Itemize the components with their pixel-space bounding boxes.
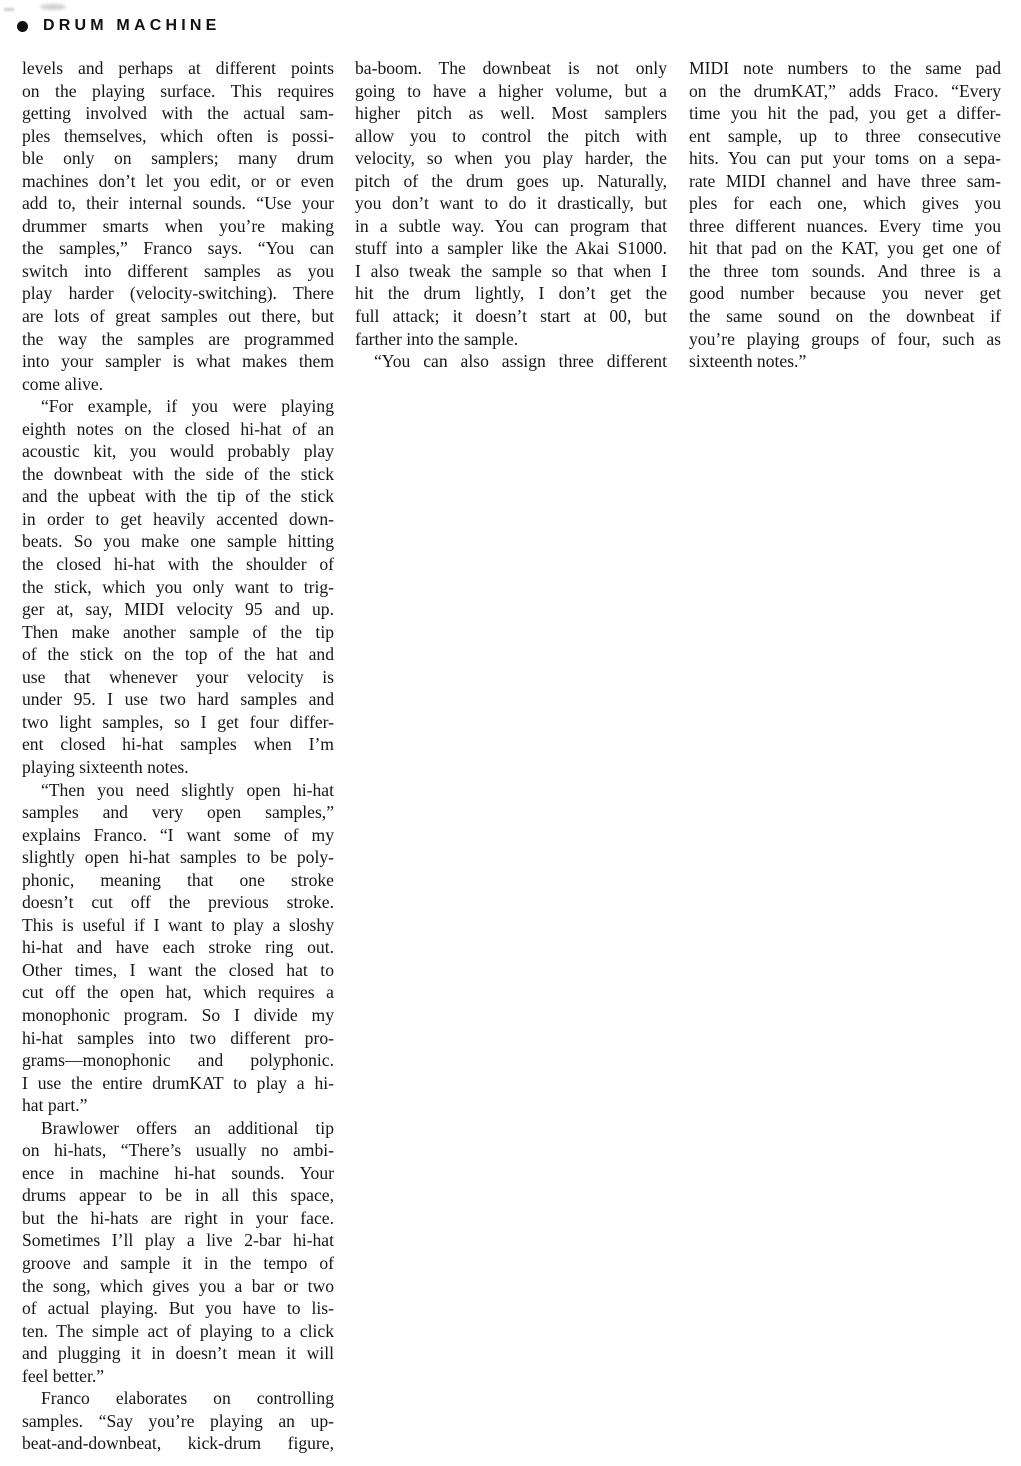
text-line: in order to get heavily accented down- — [22, 508, 334, 531]
text-line: stuff into a sampler like the Akai S1000… — [355, 237, 667, 260]
section-title: DRUM MACHINE — [43, 17, 221, 35]
text-line: farther into the sample. — [355, 328, 667, 351]
text-line: use that whenever your velocity is — [22, 666, 334, 689]
text-line: slightly open hi-hat samples to be poly- — [22, 846, 334, 869]
text-line: you don’t want to do it drastically, but — [355, 192, 667, 215]
text-line: drums appear to be in all this space, — [22, 1184, 334, 1207]
text-line: cut off the open hat, which requires a — [22, 981, 334, 1004]
text-line: velocity, so when you play harder, the — [355, 147, 667, 170]
text-line: come alive. — [22, 373, 334, 396]
text-line: ples for each one, which gives you — [689, 192, 1001, 215]
scan-smudge — [40, 4, 66, 10]
text-line: acoustic kit, you would probably play — [22, 440, 334, 463]
text-line: full attack; it doesn’t start at 00, but — [355, 305, 667, 328]
text-line: “Then you need slightly open hi-hat — [22, 779, 334, 802]
text-line: “You can also assign three different — [355, 350, 667, 373]
text-line: Franco elaborates on controlling — [22, 1387, 334, 1410]
text-line: the way the samples are programmed — [22, 328, 334, 351]
text-line: “For example, if you were playing — [22, 395, 334, 418]
text-line: and the upbeat with the tip of the stick — [22, 485, 334, 508]
text-line: MIDI note numbers to the same pad — [689, 57, 1001, 80]
text-line: ent sample, up to three consecutive — [689, 125, 1001, 148]
text-line: levels and perhaps at different points — [22, 57, 334, 80]
text-line: of the stick on the top of the hat and — [22, 643, 334, 666]
text-line: ten. The simple act of playing to a clic… — [22, 1320, 334, 1343]
text-line: Brawlower offers an additional tip — [22, 1117, 334, 1140]
text-line: grams—monophonic and polyphonic. — [22, 1049, 334, 1072]
text-line: doesn’t cut off the previous stroke. — [22, 891, 334, 914]
text-line: the song, which gives you a bar or two — [22, 1275, 334, 1298]
text-line: beat-and-downbeat, kick-drum figure, — [22, 1432, 334, 1455]
text-column-right: MIDI note numbers to the same padon the … — [689, 57, 1001, 373]
text-line: higher pitch as well. Most samplers — [355, 102, 667, 125]
text-line: allow you to control the pitch with — [355, 125, 667, 148]
text-column-left: levels and perhaps at different pointson… — [22, 57, 334, 1455]
text-line: are lots of great samples out there, but — [22, 305, 334, 328]
text-line: ples themselves, which often is possi- — [22, 125, 334, 148]
text-line: the downbeat with the side of the stick — [22, 463, 334, 486]
text-line: hi-hat samples into two different pro- — [22, 1027, 334, 1050]
text-line: eighth notes on the closed hi-hat of an — [22, 418, 334, 441]
scan-smudge — [4, 8, 14, 11]
text-line: and plugging it in doesn’t mean it will — [22, 1342, 334, 1365]
text-line: into your sampler is what makes them — [22, 350, 334, 373]
text-line: in a subtle way. You can program that — [355, 215, 667, 238]
bullet-icon — [17, 21, 28, 32]
text-line: phonic, meaning that one stroke — [22, 869, 334, 892]
text-line: but the hi-hats are right in your face. — [22, 1207, 334, 1230]
text-line: time you hit the pad, you get a differ- — [689, 102, 1001, 125]
text-line: feel better.” — [22, 1365, 334, 1388]
text-line: the same sound on the downbeat if — [689, 305, 1001, 328]
text-line: hits. You can put your toms on a sepa- — [689, 147, 1001, 170]
text-line: two light samples, so I get four differ- — [22, 711, 334, 734]
text-line: the stick, which you only want to trig- — [22, 576, 334, 599]
text-line: samples and very open samples,” — [22, 801, 334, 824]
text-line: the three tom sounds. And three is a — [689, 260, 1001, 283]
text-line: ba-boom. The downbeat is not only — [355, 57, 667, 80]
text-column-middle: ba-boom. The downbeat is not onlygoing t… — [355, 57, 667, 373]
text-line: playing sixteenth notes. — [22, 756, 334, 779]
text-line: on hi-hats, “There’s usually no ambi- — [22, 1139, 334, 1162]
text-line: I use the entire drumKAT to play a hi- — [22, 1072, 334, 1095]
text-line: samples. “Say you’re playing an up- — [22, 1410, 334, 1433]
text-line: under 95. I use two hard samples and — [22, 688, 334, 711]
text-line: play harder (velocity-switching). There — [22, 282, 334, 305]
text-line: machines don’t let you edit, or or even — [22, 170, 334, 193]
text-line: ger at, say, MIDI velocity 95 and up. — [22, 598, 334, 621]
text-line: rate MIDI channel and have three sam- — [689, 170, 1001, 193]
text-line: good number because you never get — [689, 282, 1001, 305]
text-line: explains Franco. “I want some of my — [22, 824, 334, 847]
text-line: the samples,” Franco says. “You can — [22, 237, 334, 260]
text-line: Then make another sample of the tip — [22, 621, 334, 644]
text-line: going to have a higher volume, but a — [355, 80, 667, 103]
text-line: getting involved with the actual sam- — [22, 102, 334, 125]
text-line: Sometimes I’ll play a live 2-bar hi-hat — [22, 1229, 334, 1252]
text-line: add to, their internal sounds. “Use your — [22, 192, 334, 215]
text-line: beats. So you make one sample hitting — [22, 530, 334, 553]
text-line: hit that pad on the KAT, you get one of — [689, 237, 1001, 260]
text-line: monophonic program. So I divide my — [22, 1004, 334, 1027]
text-line: on the drumKAT,” adds Fraco. “Every — [689, 80, 1001, 103]
text-line: of actual playing. But you have to lis- — [22, 1297, 334, 1320]
text-line: you’re playing groups of four, such as — [689, 328, 1001, 351]
text-line: the closed hi-hat with the shoulder of — [22, 553, 334, 576]
text-line: sixteenth notes.” — [689, 350, 1001, 373]
text-line: pitch of the drum goes up. Naturally, — [355, 170, 667, 193]
text-line: hit the drum lightly, I don’t get the — [355, 282, 667, 305]
section-header: DRUM MACHINE — [17, 15, 221, 37]
text-line: on the playing surface. This requires — [22, 80, 334, 103]
text-line: This is useful if I want to play a slosh… — [22, 914, 334, 937]
text-line: I also tweak the sample so that when I — [355, 260, 667, 283]
text-line: groove and sample it in the tempo of — [22, 1252, 334, 1275]
text-line: drummer smarts when you’re making — [22, 215, 334, 238]
text-line: hat part.” — [22, 1094, 334, 1117]
text-line: hi-hat and have each stroke ring out. — [22, 936, 334, 959]
text-line: Other times, I want the closed hat to — [22, 959, 334, 982]
text-line: ent closed hi-hat samples when I’m — [22, 733, 334, 756]
text-line: ence in machine hi-hat sounds. Your — [22, 1162, 334, 1185]
text-line: switch into different samples as you — [22, 260, 334, 283]
text-line: ble only on samplers; many drum — [22, 147, 334, 170]
text-line: three different nuances. Every time you — [689, 215, 1001, 238]
